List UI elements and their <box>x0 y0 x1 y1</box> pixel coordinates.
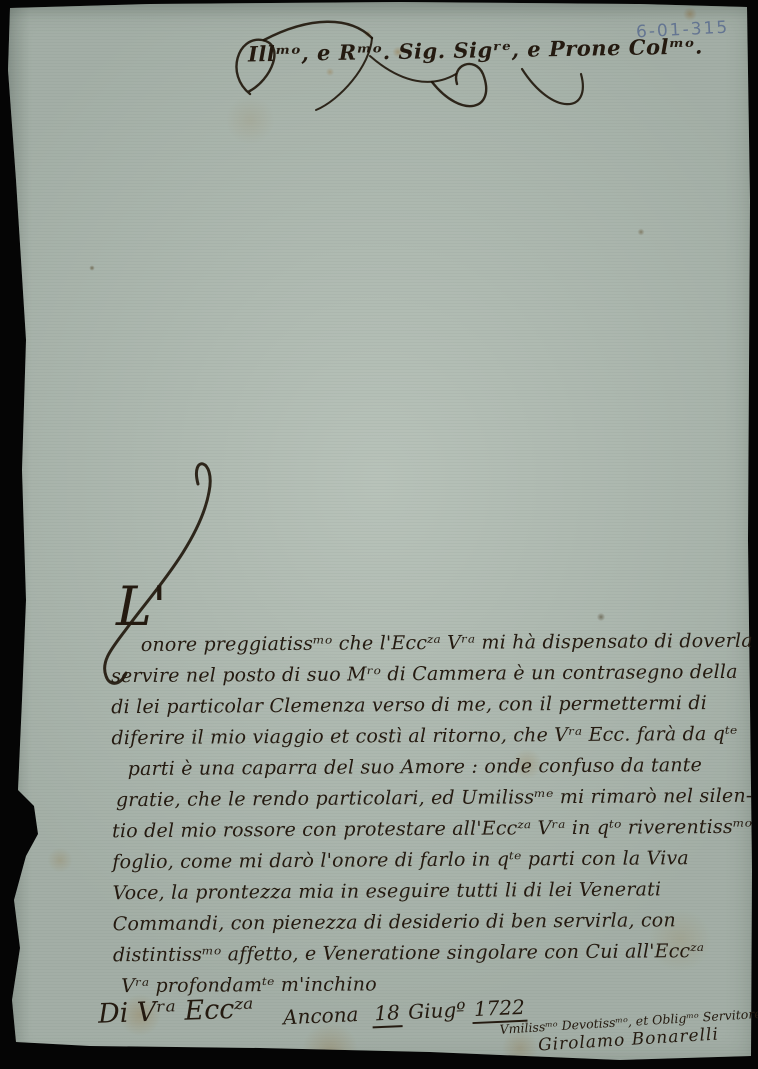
body-line: onore preggiatissᵐᵒ che l'Eccᶻᵃ Vʳᵃ mi h… <box>111 626 743 661</box>
body-line: parti è una caparra del suo Amore : onde… <box>112 750 744 785</box>
closing-salutation: Di Vʳᵃ Eccᶻᵃ <box>98 993 255 1029</box>
body-line: di lei particolar Clemenza verso di me, … <box>111 688 743 723</box>
body-line: tio del mio rossore con protestare all'E… <box>112 812 744 847</box>
body-line: Voce, la prontezza mia in eseguire tutti… <box>112 874 744 909</box>
letter-body: onore preggiatissᵐᵒ che l'Eccᶻᵃ Vʳᵃ mi h… <box>111 626 746 1002</box>
body-line: gratie, che le rendo particolari, ed Umi… <box>112 781 744 816</box>
date-place: Ancona <box>283 1002 359 1029</box>
date-day: 18 <box>372 1000 403 1028</box>
body-line: servire nel posto di suo Mʳᵒ di Cammera … <box>111 657 743 692</box>
date-month: Giugº <box>408 997 466 1023</box>
body-line: distintissᵐᵒ affetto, e Veneratione sing… <box>113 936 745 971</box>
body-line: diferire il mio viaggio et costì al rito… <box>111 719 743 754</box>
body-line: foglio, come mi darò l'onore di farlo in… <box>112 843 744 878</box>
initial-letter: L' <box>116 580 167 634</box>
body-line: Commandi, con pienezza di desiderio di b… <box>113 905 745 940</box>
document-scan: 6-01-315 Illᵐᵒ, e Rᵐᵒ. Sig. Sigʳᵉ, e Pro… <box>0 0 758 1069</box>
